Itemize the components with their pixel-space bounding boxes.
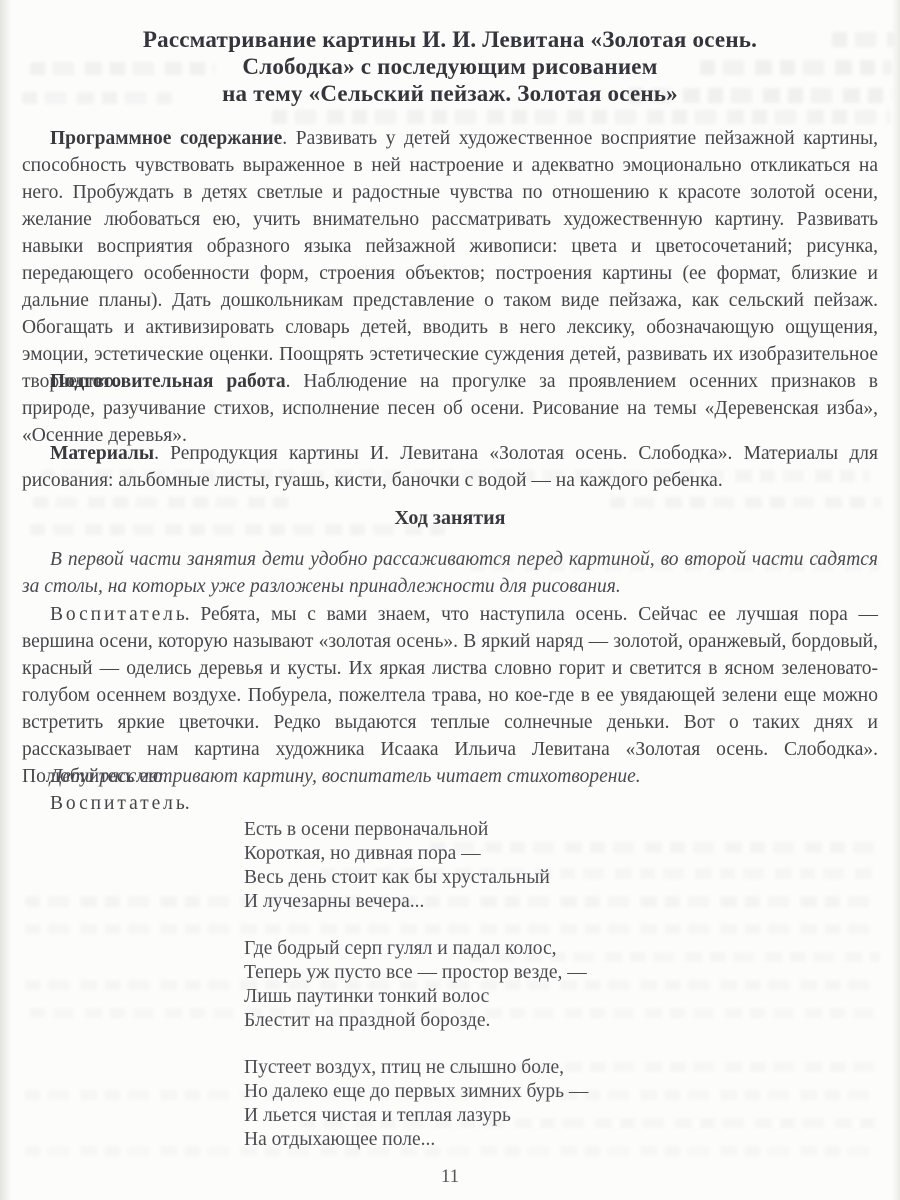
- scanned-page: Рассматривание картины И. И. Левитана «З…: [0, 0, 900, 1200]
- stage-direction-intro: В первой части занятия дети удобно расса…: [22, 546, 878, 600]
- poem-line: Теперь уж пусто все — простор везде, —: [244, 961, 764, 985]
- stage-direction-children: Дети рассматривают картину, воспитатель …: [22, 763, 878, 790]
- teacher-speech-paragraph: Воспитатель. Ребята, мы с вами знаем, чт…: [22, 601, 878, 790]
- scan-edge-left: [0, 0, 12, 1200]
- poem-line: Весь день стоит как бы хрустальный: [244, 866, 764, 890]
- poem-line: Есть в осени первоначальной: [244, 818, 764, 842]
- teacher-label-period: .: [185, 793, 190, 814]
- poem-line: Блестит на праздной борозде.: [244, 1009, 764, 1033]
- paragraph-lead: Материалы: [50, 443, 154, 464]
- poem-line: И лучезарны вечера...: [244, 890, 764, 914]
- poem-stanza: Пустеет воздух, птиц не слышно боле, Но …: [244, 1056, 764, 1152]
- paragraph-lead: Подготовительная работа: [50, 371, 286, 392]
- title-line: Рассматривание картины И. И. Левитана «З…: [22, 26, 878, 53]
- poem-line: Где бодрый серп гулял и падал колос,: [244, 937, 764, 961]
- page-number: 11: [0, 1166, 900, 1188]
- poem-line: И льется чистая и теплая лазурь: [244, 1104, 764, 1128]
- poem-line: Но далеко еще до первых зимних бурь —: [244, 1080, 764, 1104]
- paragraph-preparatory-work: Подготовительная работа. Наблюдение на п…: [22, 368, 878, 449]
- paragraph-materials: Материалы. Репродукция картины И. Левита…: [22, 440, 878, 494]
- poem-stanza: Где бодрый серп гулял и падал колос, Теп…: [244, 937, 764, 1033]
- poem-line: Пустеет воздух, птиц не слышно боле,: [244, 1056, 764, 1080]
- paragraph-program-content: Программное содержание. Развивать у дете…: [22, 125, 878, 395]
- teacher-label-line: Воспитатель.: [22, 790, 878, 817]
- lesson-title: Рассматривание картины И. И. Левитана «З…: [22, 26, 878, 107]
- paragraph-text: . Развивать у детей художественное воспр…: [22, 128, 878, 392]
- poem: Есть в осени первоначальной Короткая, но…: [244, 818, 764, 1175]
- teacher-label: Воспитатель: [50, 604, 188, 625]
- teacher-speech-text: Ребята, мы с вами знаем, что наступила о…: [22, 604, 878, 787]
- section-heading: Ход занятия: [22, 505, 878, 532]
- poem-line: Короткая, но дивная пора —: [244, 842, 764, 866]
- poem-line: На отдыхающее поле...: [244, 1128, 764, 1152]
- bleed-through-artifact: [272, 110, 890, 124]
- teacher-label: Воспитатель: [50, 793, 188, 814]
- scan-edge-right: [892, 0, 900, 1200]
- poem-line: Лишь паутинки тонкий волос: [244, 985, 764, 1009]
- title-line: на тему «Сельский пейзаж. Золотая осень»: [22, 80, 878, 107]
- poem-stanza: Есть в осени первоначальной Короткая, но…: [244, 818, 764, 914]
- title-line: Слободка» с последующим рисованием: [22, 53, 878, 80]
- paragraph-lead: Программное содержание: [50, 128, 282, 149]
